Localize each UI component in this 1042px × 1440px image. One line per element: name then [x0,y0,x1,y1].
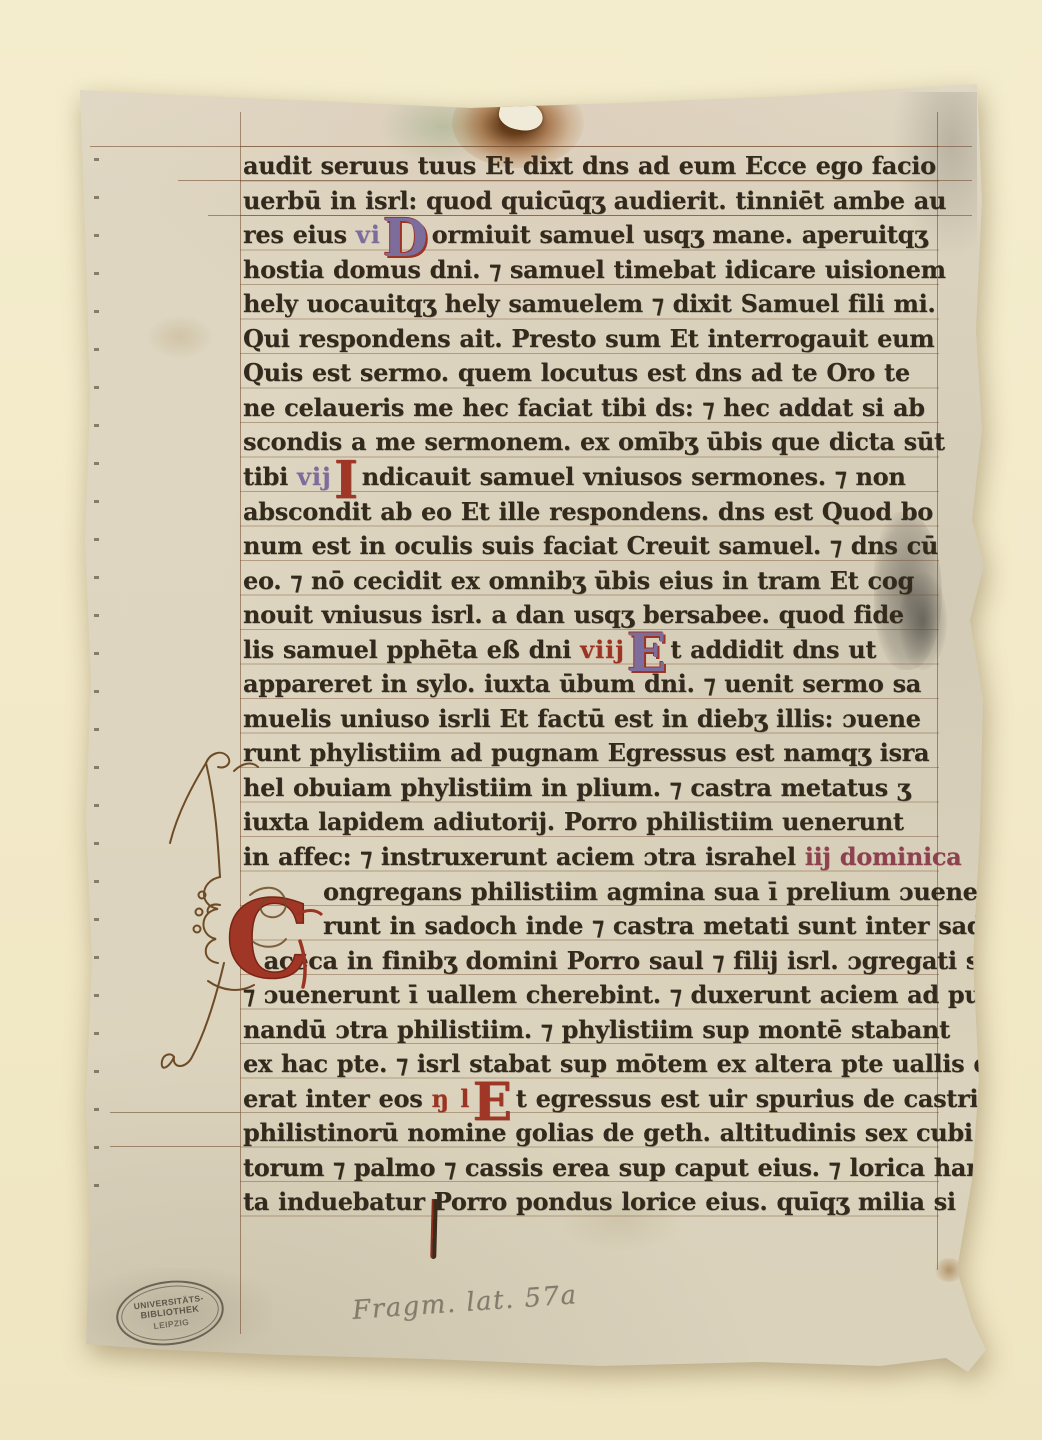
porro-descender-stroke [430,1199,438,1259]
text-line: tibi vijIndicauit samuel vniusos sermone… [243,459,939,494]
line-text: ⁊ aceca in finibʒ domini Porro saul ⁊ fi… [243,946,1024,975]
line-text: abscondit ab eo Et ille respondens. dns … [243,497,933,526]
line-text: tibi [243,462,297,491]
manuscript-leaf-shadow: audit seruus tuus Et dixt dns ad eum Ecc… [0,0,1042,1440]
stamp-line-1: UNIVERSITÄTS- [133,1293,204,1312]
line-text: t egressus est uir spurius de castris [516,1084,992,1113]
text-line: runt in sadoch inde ⁊ castra metati sunt… [243,908,1019,943]
initial-i: I [334,466,358,496]
line-text: runt in sadoch inde ⁊ castra metati sunt… [323,911,1030,940]
line-text: erat inter eos [243,1084,431,1113]
line-text: audit seruus tuus Et dixt dns ad eum Ecc… [243,151,936,180]
lection-numeral: vij [297,462,332,491]
initial-d: D [383,224,428,254]
line-text: res eius [243,220,356,249]
text-line: res eius viDormiuit samuel usqʒ mane. ap… [243,217,939,252]
left-bounding-line [240,112,241,1334]
text-line: ⁊ ɔuenerunt ī uallem cherebint. ⁊ duxeru… [243,977,939,1012]
text-line: appareret in sylo. iuxta ūbum dni. ⁊ uen… [243,666,939,701]
text-line: hely uocauitqʒ hely samuelem ⁊ dixit Sam… [243,286,939,321]
text-line: lis samuel pphēta eß dni viijEt addidit … [243,632,939,667]
line-text: muelis uniuso isrli Et factū est in dieb… [243,704,921,733]
text-line: nouit vniusus isrl. a dan usqʒ bersabee.… [243,597,939,632]
line-text: hostia domus dni. ⁊ samuel timebat idica… [243,255,946,284]
text-line: in affec: ⁊ instruxerunt aciem ɔtra isra… [243,839,939,874]
rubric-dominica: iij dominica [805,842,962,871]
lection-numeral: ŋ l [431,1084,470,1113]
line-text: Quis est sermo. quem locutus est dns ad … [243,358,910,387]
line-text: uerbū in isrl: quod quicūqʒ audierit. ti… [243,186,946,215]
text-line: ⁊ aceca in finibʒ domini Porro saul ⁊ fi… [243,943,939,978]
stamp-line-3: LEIPZIG [153,1316,190,1331]
line-text: ex hac pte. ⁊ isrl stabat sup mōtem ex a… [243,1049,1022,1078]
initial-e: E [627,639,666,669]
text-line: runt phylistiim ad pugnam Egressus est n… [243,735,939,770]
bottom-right-stain [934,1258,964,1282]
line-text: hely uocauitqʒ hely samuelem ⁊ dixit Sam… [243,289,935,318]
text-line: muelis uniuso isrli Et factū est in dieb… [243,701,939,736]
text-line: eo. ⁊ nō cecidit ex omnibʒ ūbis eius in … [243,563,939,598]
line-text: appareret in sylo. iuxta ūbum dni. ⁊ uen… [243,669,921,698]
line-text: ⁊ ɔuenerunt ī uallem cherebint. ⁊ duxeru… [243,980,998,1009]
text-line: ne celaueris me hec faciat tibi ds: ⁊ he… [243,390,939,425]
line-text: runt phylistiim ad pugnam Egressus est n… [243,738,929,767]
manuscript-leaf: audit seruus tuus Et dixt dns ad eum Ecc… [0,0,1042,1440]
library-stamp: UNIVERSITÄTS- BIBLIOTHEK LEIPZIG [113,1275,228,1352]
line-text: t addidit dns ut [670,635,876,664]
ruling-line-left-ext-2 [110,1146,240,1147]
line-text: ongregans philistiim agmina sua ī preliu… [323,877,978,906]
line-text: iuxta lapidem adiutorij. Porro philistii… [243,807,904,836]
line-text: torum ⁊ palmo ⁊ cassis erea sup caput ei… [243,1153,1007,1182]
line-text: lis samuel pphēta eß dni [243,635,580,664]
photograph-mount: { "leaf": { "description": "Medieval par… [0,0,1042,1440]
left-margin-stain [148,316,212,358]
initial-e: E [472,1088,511,1118]
line-text: in affec: ⁊ instruxerunt aciem ɔtra isra… [243,842,805,871]
line-text: ormiuit samuel usqʒ mane. aperuitqʒ [432,220,928,249]
text-line: nandū ɔtra philistiim. ⁊ phylistiim sup … [243,1012,939,1047]
text-line: hel obuiam phylistiim in plium. ⁊ castra… [243,770,939,805]
text-line: audit seruus tuus Et dixt dns ad eum Ecc… [243,148,939,183]
pencil-shelfmark: Fragm. lat. 57a [351,1280,578,1326]
line-text: ta induebatur Porro pondus lorice eius. … [243,1187,956,1216]
text-line: num est in oculis suis faciat Creuit sam… [243,528,939,563]
text-line: erat inter eos ŋ lEt egressus est uir sp… [243,1081,939,1116]
line-text: nouit vniusus isrl. a dan usqʒ bersabee.… [243,600,904,629]
text-line: abscondit ab eo Et ille respondens. dns … [243,494,939,529]
small-brown-spot [862,66,877,78]
line-text: nandū ɔtra philistiim. ⁊ phylistiim sup … [243,1015,950,1044]
line-text: hel obuiam phylistiim in plium. ⁊ castra… [243,773,910,802]
text-line: uerbū in isrl: quod quicūqʒ audierit. ti… [243,183,939,218]
line-text: ndicauit samuel vniusos sermones. ⁊ non [362,462,906,491]
text-line: philistinorū nomine golias de geth. alti… [243,1115,939,1150]
lection-numeral: viij [580,635,625,664]
line-text: eo. ⁊ nō cecidit ex omnibʒ ūbis eius in … [243,566,914,595]
text-line: ta induebatur Porro pondus lorice eius. … [243,1184,939,1219]
text-line: torum ⁊ palmo ⁊ cassis erea sup caput ei… [243,1150,939,1185]
line-text: ne celaueris me hec faciat tibi ds: ⁊ he… [243,393,925,422]
ruling-line-left-ext-1 [110,1112,240,1113]
text-line: hostia domus dni. ⁊ samuel timebat idica… [243,252,939,287]
ruling-line-full-1 [90,146,972,147]
text-line: iuxta lapidem adiutorij. Porro philistii… [243,804,939,839]
text-line: Quis est sermo. quem locutus est dns ad … [243,355,939,390]
lection-numeral: vi [356,220,381,249]
pricking-marks [94,158,99,1198]
stain-hole-center [496,96,545,134]
line-text: num est in oculis suis faciat Creuit sam… [243,531,938,560]
line-text: philistinorū nomine golias de geth. alti… [243,1118,973,1147]
text-line: Qui respondens ait. Presto sum Et interr… [243,321,939,356]
text-line: ongregans philistiim agmina sua ī preliu… [243,874,1019,909]
text-line: ex hac pte. ⁊ isrl stabat sup mōtem ex a… [243,1046,939,1081]
line-text: Qui respondens ait. Presto sum Et interr… [243,324,934,353]
